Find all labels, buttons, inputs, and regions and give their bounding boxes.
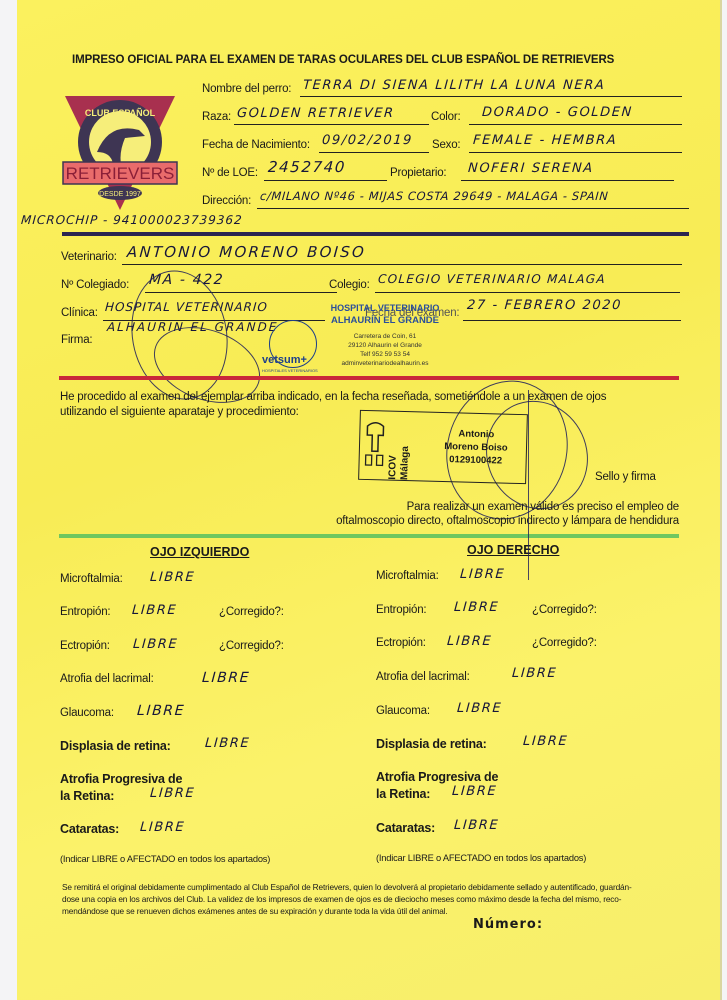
- left-lacrimal-label: Atrofia del lacrimal:: [60, 673, 154, 685]
- footer-line2: dose una copia en los archivos del Club.…: [62, 893, 621, 905]
- left-entropion-value: LIBRE: [131, 603, 177, 618]
- address-label: Dirección:: [202, 195, 251, 207]
- seal-and-signature-label: Sello y firma: [595, 470, 656, 485]
- colegio-label: Colegio:: [329, 279, 370, 291]
- left-ectropion-corrected-label: ¿Corregido?:: [219, 640, 284, 652]
- birth-date-underline: [319, 152, 429, 153]
- dog-name-label: Nombre del perro:: [202, 83, 291, 95]
- vetsum-brand: vetsum+: [262, 354, 307, 366]
- retriever-club-logo-icon: CLUB ESPAÑOL RETRIEVERS DESDE 1997: [61, 92, 179, 212]
- left-apr-value: LIBRE: [149, 786, 195, 801]
- svg-text:RETRIEVERS: RETRIEVERS: [66, 164, 175, 183]
- requirement-line1: Para realizar un examen válido es precis…: [407, 500, 679, 515]
- left-lacrimal-value: LIBRE: [201, 670, 250, 686]
- right-ectropion-value: LIBRE: [446, 634, 492, 649]
- signature-label: Firma:: [61, 334, 92, 346]
- left-eye-note: (Indicar LIBRE o AFECTADO en todos los a…: [60, 854, 270, 864]
- right-entropion-label: Entropión:: [376, 604, 426, 616]
- color-label: Color:: [431, 111, 460, 123]
- breed-underline: [234, 124, 429, 125]
- exam-date-value: 27 - FEBRERO 2020: [466, 298, 622, 313]
- left-cataratas-value: LIBRE: [139, 820, 185, 835]
- procedure-text-line2: utilizando el siguiente aparataje y proc…: [60, 405, 299, 420]
- colegiado-label: Nº Colegiado:: [61, 279, 129, 291]
- svg-text:DESDE 1997: DESDE 1997: [99, 191, 141, 198]
- right-glaucoma-label: Glaucoma:: [376, 705, 430, 717]
- svg-text:CLUB ESPAÑOL: CLUB ESPAÑOL: [85, 108, 156, 118]
- left-glaucoma-value: LIBRE: [136, 703, 185, 719]
- right-lacrimal-label: Atrofia del lacrimal:: [376, 671, 470, 683]
- left-entropion-corrected-label: ¿Corregido?:: [219, 606, 284, 618]
- right-entropion-corrected-label: ¿Corregido?:: [532, 604, 597, 616]
- eye-exam-form: IMPRESO OFICIAL PARA EL EXAMEN DE TARAS …: [17, 0, 720, 1000]
- left-microftalmia-value: LIBRE: [149, 570, 195, 585]
- breed-value: GOLDEN RETRIEVER: [236, 106, 395, 121]
- sex-value: FEMALE - HEMBRA: [472, 133, 617, 148]
- clinic-stamp-town: ALHAURÍN EL GRANDE: [300, 315, 470, 326]
- right-apr-label-line1: Atrofia Progresiva de: [376, 770, 498, 784]
- section-divider-green: [59, 534, 679, 538]
- vet-label: Veterinario:: [61, 251, 117, 263]
- form-title: IMPRESO OFICIAL PARA EL EXAMEN DE TARAS …: [72, 54, 614, 66]
- owner-label: Propietario:: [390, 167, 446, 179]
- right-glaucoma-value: LIBRE: [456, 701, 502, 716]
- right-cataratas-label: Cataratas:: [376, 821, 435, 835]
- vet-underline: [122, 264, 682, 265]
- colegio-value: COLEGIO VETERINARIO MALAGA: [378, 272, 607, 286]
- right-apr-value: LIBRE: [451, 784, 497, 799]
- exam-date-underline: [463, 320, 681, 321]
- clinic-stamp-street: Carretera de Coin, 61: [300, 332, 470, 341]
- right-microftalmia-label: Microftalmia:: [376, 570, 439, 582]
- left-apr-label-line1: Atrofia Progresiva de: [60, 772, 182, 786]
- left-ectropion-label: Ectropión:: [60, 640, 110, 652]
- right-ectropion-label: Ectropión:: [376, 637, 426, 649]
- right-ectropion-corrected-label: ¿Corregido?:: [532, 637, 597, 649]
- section-divider-red: [59, 376, 679, 380]
- vetsum-brand-sub: HOSPITALES VETERINARIOS: [262, 368, 318, 373]
- clinic-stamp: HOSPITAL VETERINARIO ALHAURÍN EL GRANDE …: [300, 303, 470, 368]
- microchip-value: MICROCHIP - 941000023739362: [21, 213, 244, 227]
- clinic-stamp-phone: Telf 952 59 53 54: [300, 350, 470, 359]
- right-eye-note: (Indicar LIBRE o AFECTADO en todos los a…: [376, 853, 586, 863]
- colegio-underline: [375, 292, 680, 293]
- right-microftalmia-value: LIBRE: [459, 567, 505, 582]
- right-entropion-value: LIBRE: [453, 600, 499, 615]
- left-cataratas-label: Cataratas:: [60, 822, 119, 836]
- footer-line1: Se remitirá el original debidamente cump…: [62, 881, 632, 893]
- left-eye-title: OJO IZQUIERDO: [150, 545, 249, 559]
- loe-value: 2452740: [267, 158, 346, 176]
- owner-value: NOFERI SERENA: [467, 161, 594, 176]
- dog-name-underline: [300, 96, 682, 97]
- icov-emblem-icon: [363, 421, 386, 472]
- left-entropion-label: Entropión:: [60, 606, 110, 618]
- owner-underline: [461, 180, 674, 181]
- sex-underline: [469, 152, 682, 153]
- clinic-stamp-email: adminveterinariodealhaurin.es: [300, 359, 470, 368]
- loe-underline: [264, 180, 387, 181]
- birth-date-label: Fecha de Nacimiento:: [202, 139, 310, 151]
- clinic-label: Clínica:: [61, 307, 98, 319]
- vet-value: ANTONIO MORENO BOISO: [126, 243, 366, 261]
- right-displasia-value: LIBRE: [522, 734, 568, 749]
- address-value: c/MILANO Nº46 - MIJAS COSTA 29649 - MALA…: [260, 189, 609, 203]
- color-value: DORADO - GOLDEN: [481, 105, 633, 120]
- right-apr-label-line2: la Retina:: [376, 787, 430, 801]
- icov-stamp: ICOV Málaga Antonio Moreno Boiso 0129100…: [358, 410, 528, 484]
- right-displasia-label: Displasia de retina:: [376, 737, 487, 751]
- stamp-number: 0129100422: [428, 453, 524, 469]
- signature-stroke-icon: [528, 390, 529, 580]
- right-eye-title: OJO DERECHO: [467, 543, 559, 557]
- left-ectropion-value: LIBRE: [132, 637, 178, 652]
- left-microftalmia-label: Microftalmia:: [60, 573, 123, 585]
- right-lacrimal-value: LIBRE: [511, 666, 557, 681]
- procedure-text-line1: He procedido al examen del ejemplar arri…: [60, 390, 606, 405]
- left-glaucoma-label: Glaucoma:: [60, 707, 114, 719]
- requirement-line2: oftalmoscopio directo, oftalmoscopio ind…: [336, 514, 679, 529]
- footer-line3: mendándose que se renueven dichos exámen…: [62, 905, 448, 917]
- left-apr-label-line2: la Retina:: [60, 789, 114, 803]
- address-underline: [257, 208, 689, 209]
- icov-stamp-org: ICOV Málaga: [387, 420, 413, 481]
- clinic-stamp-name: HOSPITAL VETERINARIO: [300, 303, 470, 313]
- clinic-stamp-postal: 29120 Alhaurin el Grande: [300, 341, 470, 350]
- club-logo: CLUB ESPAÑOL RETRIEVERS DESDE 1997: [61, 92, 179, 212]
- birth-date-value: 09/02/2019: [321, 133, 413, 148]
- right-cataratas-value: LIBRE: [453, 818, 499, 833]
- color-underline: [469, 124, 682, 125]
- left-displasia-label: Displasia de retina:: [60, 739, 171, 753]
- loe-label: Nº de LOE:: [202, 167, 258, 179]
- left-displasia-value: LIBRE: [204, 736, 250, 751]
- section-divider-navy: [62, 232, 689, 236]
- breed-label: Raza:: [202, 111, 231, 123]
- sex-label: Sexo:: [432, 139, 460, 151]
- dog-name-value: TERRA DI SIENA LILITH LA LUNA NERA: [302, 78, 605, 93]
- numero-label: Número:: [473, 917, 543, 932]
